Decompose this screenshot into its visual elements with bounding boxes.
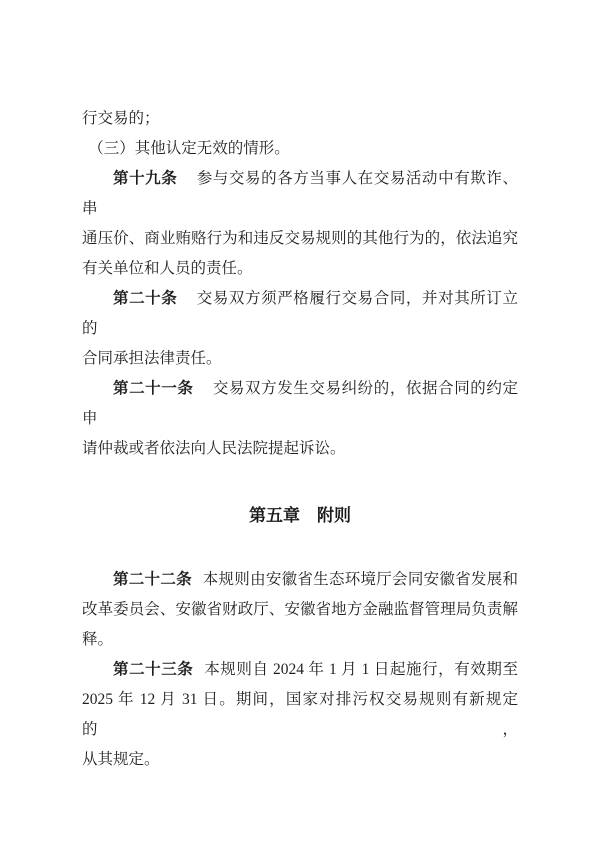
article-20: 第二十条交易双方须严格履行交易合同，并对其所订立的 合同承担法律责任。 (82, 284, 518, 374)
text-line: 第二十三条本规则自 2024 年 1 月 1 日起施行，有效期至 (82, 655, 518, 685)
text-line: 释。 (82, 625, 518, 655)
article-21-number: 第二十一条 (113, 380, 193, 397)
text-line: 第二十二条本规则由安徽省生态环境厅会同安徽省发展和 (82, 565, 518, 595)
article-19: 第十九条参与交易的各方当事人在交易活动中有欺诈、串 通压价、商业贿赂行为和违反交… (82, 164, 518, 284)
article-20-number: 第二十条 (113, 290, 177, 307)
text-line: 行交易的； (82, 104, 518, 134)
text-line: 从其规定。 (82, 745, 518, 775)
text-line: 有关单位和人员的责任。 (82, 254, 518, 284)
text-line: 第二十条交易双方须严格履行交易合同，并对其所订立的 (82, 284, 518, 344)
article-19-number: 第十九条 (113, 170, 177, 187)
article-22-number: 第二十二条 (113, 571, 192, 588)
text-line: 合同承担法律责任。 (82, 344, 518, 374)
text-line: 改革委员会、安徽省财政厅、安徽省地方金融监督管理局负责解 (82, 595, 518, 625)
text-line: 2025 年 12 月 31 日。期间，国家对排污权交易规则有新规定的， (82, 685, 518, 745)
paragraph-continuation: 行交易的； (82, 104, 518, 134)
article-23-number: 第二十三条 (113, 661, 193, 678)
article-22: 第二十二条本规则由安徽省生态环境厅会同安徽省发展和 改革委员会、安徽省财政厅、安… (82, 565, 518, 655)
article-23-text: 本规则自 2024 年 1 月 1 日起施行，有效期至 (204, 661, 518, 678)
text-line: 通压价、商业贿赂行为和违反交易规则的其他行为的，依法追究 (82, 224, 518, 254)
text-line: 第十九条参与交易的各方当事人在交易活动中有欺诈、串 (82, 164, 518, 224)
article-23: 第二十三条本规则自 2024 年 1 月 1 日起施行，有效期至 2025 年 … (82, 655, 518, 775)
clause-item-three: （三）其他认定无效的情形。 (82, 134, 518, 164)
document-page: 行交易的； （三）其他认定无效的情形。 第十九条参与交易的各方当事人在交易活动中… (0, 0, 600, 848)
document-content: 行交易的； （三）其他认定无效的情形。 第十九条参与交易的各方当事人在交易活动中… (82, 104, 518, 775)
article-21: 第二十一条交易双方发生交易纠纷的，依据合同的约定申 请仲裁或者依法向人民法院提起… (82, 374, 518, 464)
text-line: 请仲裁或者依法向人民法院提起诉讼。 (82, 434, 518, 464)
text-line: 第二十一条交易双方发生交易纠纷的，依据合同的约定申 (82, 374, 518, 434)
article-22-text: 本规则由安徽省生态环境厅会同安徽省发展和 (203, 571, 518, 588)
text-line: （三）其他认定无效的情形。 (82, 134, 518, 164)
chapter-heading: 第五章 附则 (82, 501, 518, 531)
